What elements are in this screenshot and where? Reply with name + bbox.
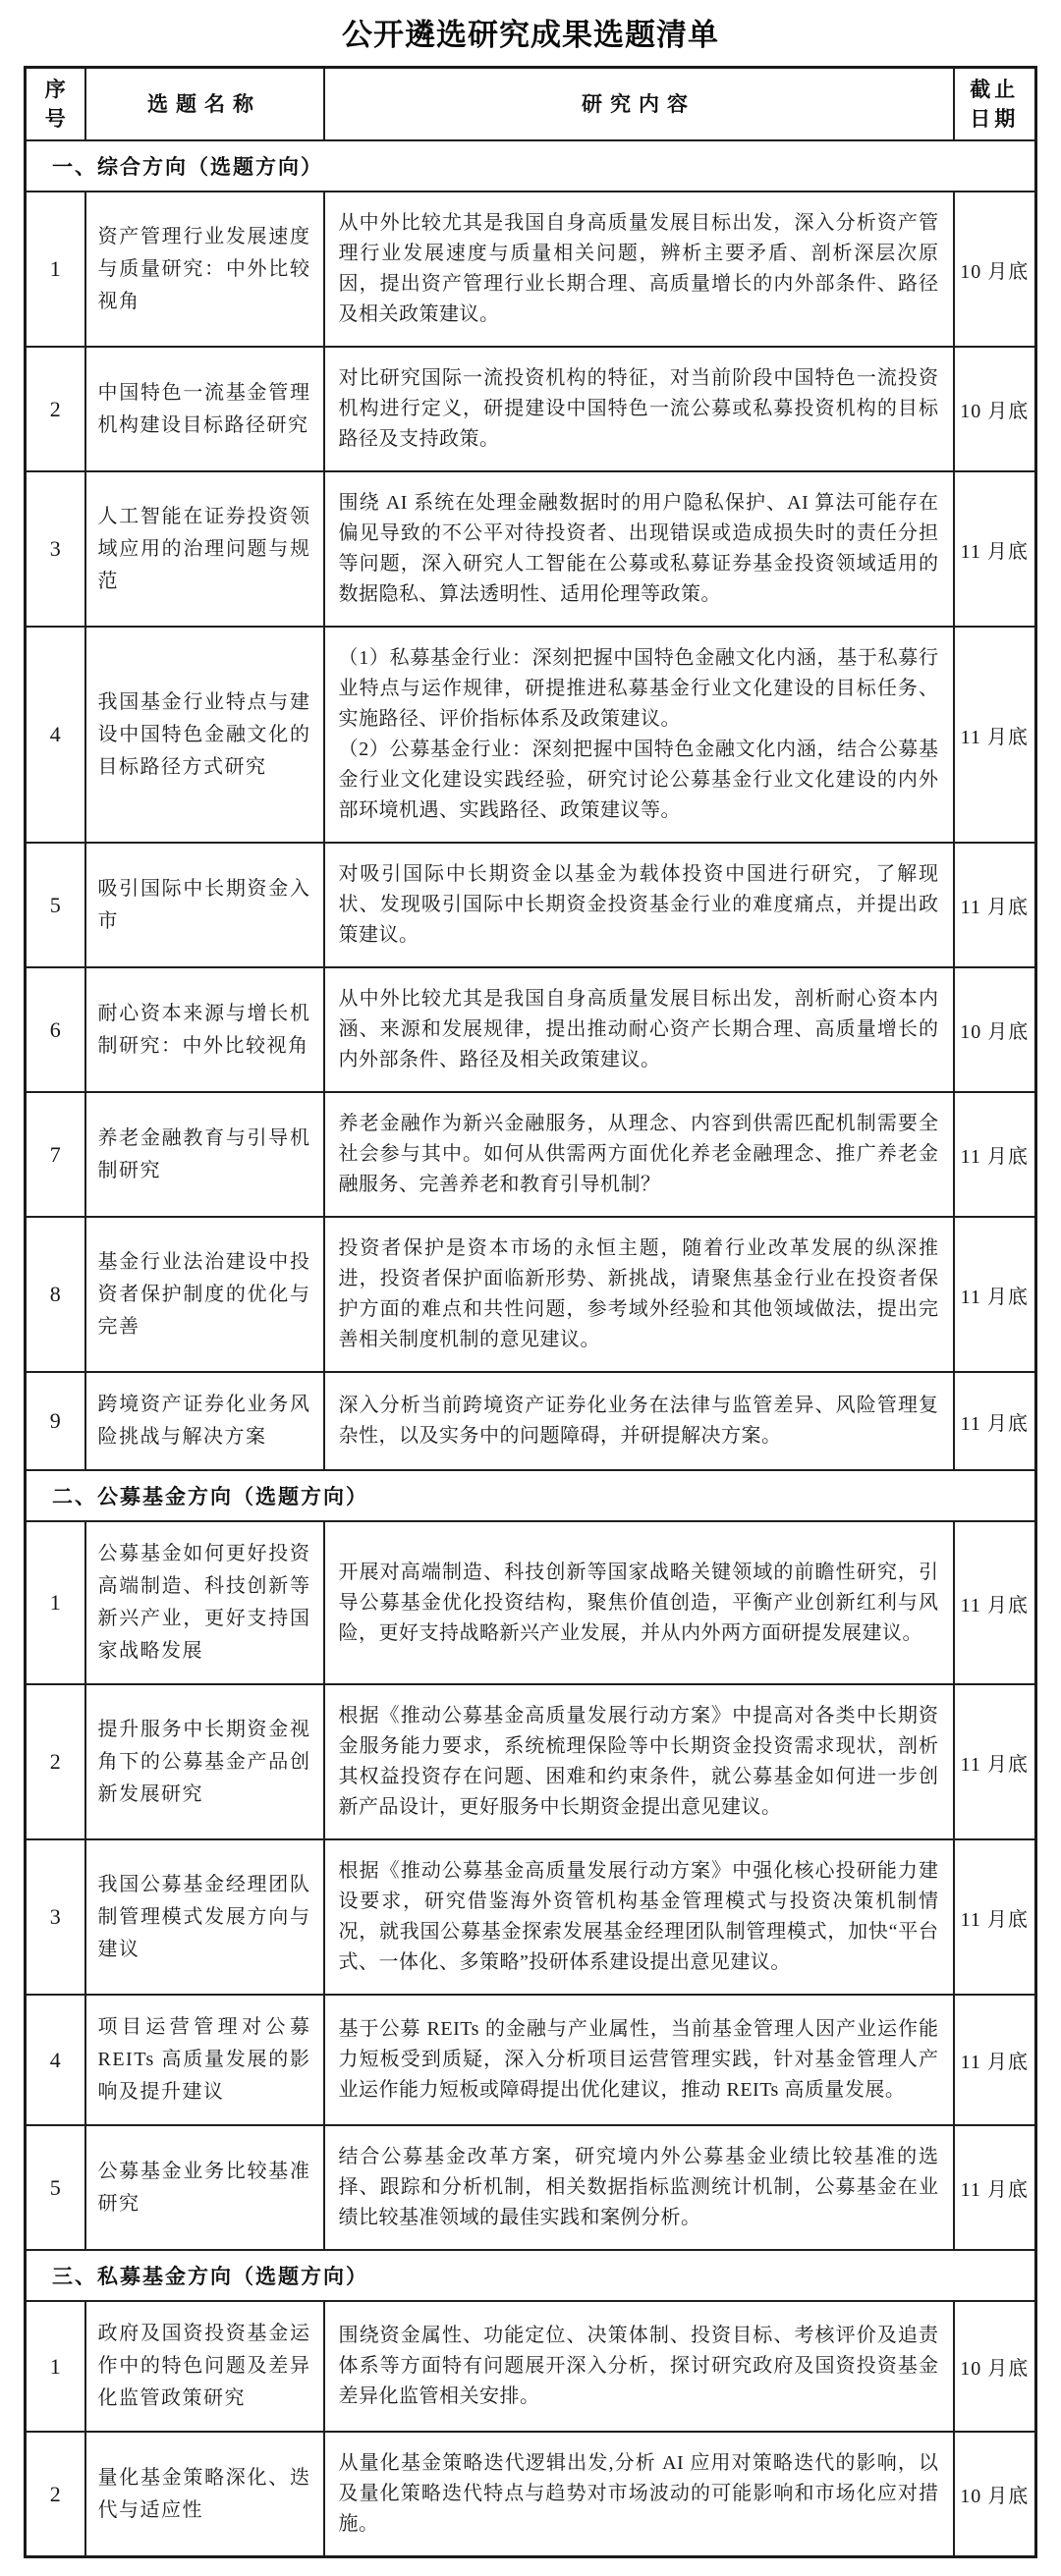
table-row: 4 我国基金行业特点与建设中国特色金融文化的目标路径方式研究 （1）私募基金行业… [26,627,1036,843]
deadline: 11 月底 [954,1521,1036,1684]
row-index: 8 [26,1217,85,1372]
research-content: 基于公募 REITs 的金融与产业属性，当前基金管理人因产业运作能力短板受到质疑… [324,1995,954,2125]
topic-name: 项目运营管理对公募 REITs 高质量发展的影响及提升建议 [85,1995,324,2125]
research-content: 围绕资金属性、功能定位、决策体制、投资目标、考核评价及追责体系等方面特有问题展开… [324,2301,954,2432]
topic-name: 耐心资本来源与增长机制研究：中外比较视角 [85,967,324,1092]
topic-name: 人工智能在证券投资领域应用的治理问题与规范 [85,471,324,627]
research-content: 对比研究国际一流投资机构的特征，对当前阶段中国特色一流投资机构进行定义，研提建设… [324,347,954,471]
table-row: 8 基金行业法治建设中投资者保护制度的优化与完善 投资者保护是资本市场的永恒主题… [26,1217,1036,1372]
section-title: 一、综合方向（选题方向） [26,140,1036,192]
deadline: 11 月底 [954,1217,1036,1372]
table-row: 4 项目运营管理对公募 REITs 高质量发展的影响及提升建议 基于公募 REI… [26,1995,1036,2125]
deadline: 10 月底 [954,2432,1036,2557]
deadline: 11 月底 [954,1092,1036,1217]
row-index: 1 [26,2301,85,2432]
research-content: 从量化基金策略迭代逻辑出发,分析 AI 应用对策略迭代的影响，以及量化策略迭代特… [324,2432,954,2557]
topic-name: 我国基金行业特点与建设中国特色金融文化的目标路径方式研究 [85,627,324,843]
row-index: 3 [26,471,85,627]
table-row: 3 人工智能在证券投资领域应用的治理问题与规范 围绕 AI 系统在处理金融数据时… [26,471,1036,627]
row-index: 4 [26,627,85,843]
table-row: 1 政府及国资投资基金运作中的特色问题及差异化监管政策研究 围绕资金属性、功能定… [26,2301,1036,2432]
topic-name: 政府及国资投资基金运作中的特色问题及差异化监管政策研究 [85,2301,324,2432]
deadline: 11 月底 [954,1839,1036,1995]
table-row: 3 我国公募基金经理团队制管理模式发展方向与建议 根据《推动公募基金高质量发展行… [26,1839,1036,1995]
column-header-index: 序号 [26,68,85,141]
deadline: 10 月底 [954,347,1036,471]
row-index: 2 [26,2432,85,2557]
table-row: 9 跨境资产证券化业务风险挑战与解决方案 深入分析当前跨境资产证券化业务在法律与… [26,1372,1036,1470]
row-index: 2 [26,347,85,471]
deadline: 11 月底 [954,627,1036,843]
table-row: 6 耐心资本来源与增长机制研究：中外比较视角 从中外比较尤其是我国自身高质量发展… [26,967,1036,1092]
research-content: 开展对高端制造、科技创新等国家战略关键领域的前瞻性研究，引导公募基金优化投资结构… [324,1521,954,1684]
research-content: 根据《推动公募基金高质量发展行动方案》中提高对各类中长期资金服务能力要求，系统梳… [324,1684,954,1839]
row-index: 1 [26,192,85,347]
deadline: 10 月底 [954,2301,1036,2432]
deadline: 10 月底 [954,192,1036,347]
deadline: 11 月底 [954,1372,1036,1470]
table-header-row: 序号 选题名称 研究内容 截止日期 [26,68,1036,141]
row-index: 2 [26,1684,85,1839]
deadline: 11 月底 [954,471,1036,627]
topic-name: 公募基金业务比较基准研究 [85,2125,324,2250]
table-body: 一、综合方向（选题方向） 1 资产管理行业发展速度与质量研究：中外比较视角 从中… [26,140,1036,2557]
topic-name: 养老金融教育与引导机制研究 [85,1092,324,1217]
section-header-row: 二、公募基金方向（选题方向） [26,1470,1036,1521]
column-header-topic-name: 选题名称 [85,68,324,141]
deadline: 10 月底 [954,967,1036,1092]
section-title: 二、公募基金方向（选题方向） [26,1470,1036,1521]
row-index: 5 [26,2125,85,2250]
research-content: 投资者保护是资本市场的永恒主题，随着行业改革发展的纵深推进，投资者保护面临新形势… [324,1217,954,1372]
row-index: 7 [26,1092,85,1217]
column-header-deadline: 截止日期 [954,68,1036,141]
topic-name: 吸引国际中长期资金入市 [85,843,324,967]
topic-name: 基金行业法治建设中投资者保护制度的优化与完善 [85,1217,324,1372]
row-index: 6 [26,967,85,1092]
topic-name: 跨境资产证券化业务风险挑战与解决方案 [85,1372,324,1470]
topic-name: 资产管理行业发展速度与质量研究：中外比较视角 [85,192,324,347]
table-row: 5 公募基金业务比较基准研究 结合公募基金改革方案，研究境内外公募基金业绩比较基… [26,2125,1036,2250]
research-content: 围绕 AI 系统在处理金融数据时的用户隐私保护、AI 算法可能存在偏见导致的不公… [324,471,954,627]
page-title: 公开遴选研究成果选题清单 [0,0,1061,66]
deadline: 11 月底 [954,1684,1036,1839]
deadline: 11 月底 [954,843,1036,967]
row-index: 9 [26,1372,85,1470]
table-row: 2 量化基金策略深化、迭代与适应性 从量化基金策略迭代逻辑出发,分析 AI 应用… [26,2432,1036,2557]
table-row: 2 提升服务中长期资金视角下的公募基金产品创新发展研究 根据《推动公募基金高质量… [26,1684,1036,1839]
research-content: （1）私募基金行业：深刻把握中国特色金融文化内涵，基于私募行业特点与运作规律，研… [324,627,954,843]
table-row: 5 吸引国际中长期资金入市 对吸引国际中长期资金以基金为载体投资中国进行研究，了… [26,843,1036,967]
table-row: 1 公募基金如何更好投资高端制造、科技创新等新兴产业，更好支持国家战略发展 开展… [26,1521,1036,1684]
deadline: 11 月底 [954,2125,1036,2250]
section-header-row: 一、综合方向（选题方向） [26,140,1036,192]
topic-name: 公募基金如何更好投资高端制造、科技创新等新兴产业，更好支持国家战略发展 [85,1521,324,1684]
document-page: 公开遴选研究成果选题清单 序号 选题名称 研究内容 截止日期 一、综合方向（选题… [0,0,1061,2576]
research-content: 结合公募基金改革方案，研究境内外公募基金业绩比较基准的选择、跟踪和分析机制，相关… [324,2125,954,2250]
topic-name: 量化基金策略深化、迭代与适应性 [85,2432,324,2557]
research-content: 对吸引国际中长期资金以基金为载体投资中国进行研究，了解现状、发现吸引国际中长期资… [324,843,954,967]
section-title: 三、私募基金方向（选题方向） [26,2250,1036,2301]
table-row: 1 资产管理行业发展速度与质量研究：中外比较视角 从中外比较尤其是我国自身高质量… [26,192,1036,347]
topics-table: 序号 选题名称 研究内容 截止日期 一、综合方向（选题方向） 1 资产管理行业发… [24,66,1037,2558]
row-index: 4 [26,1995,85,2125]
table-row: 7 养老金融教育与引导机制研究 养老金融作为新兴金融服务，从理念、内容到供需匹配… [26,1092,1036,1217]
topic-name: 我国公募基金经理团队制管理模式发展方向与建议 [85,1839,324,1995]
research-content: 从中外比较尤其是我国自身高质量发展目标出发，深入分析资产管理行业发展速度与质量相… [324,192,954,347]
topic-name: 中国特色一流基金管理机构建设目标路径研究 [85,347,324,471]
topic-name: 提升服务中长期资金视角下的公募基金产品创新发展研究 [85,1684,324,1839]
research-content: 根据《推动公募基金高质量发展行动方案》中强化核心投研能力建设要求，研究借鉴海外资… [324,1839,954,1995]
row-index: 5 [26,843,85,967]
research-content: 养老金融作为新兴金融服务，从理念、内容到供需匹配机制需要全社会参与其中。如何从供… [324,1092,954,1217]
row-index: 1 [26,1521,85,1684]
research-content: 从中外比较尤其是我国自身高质量发展目标出发，剖析耐心资本内涵、来源和发展规律，提… [324,967,954,1092]
section-header-row: 三、私募基金方向（选题方向） [26,2250,1036,2301]
column-header-research-content: 研究内容 [324,68,954,141]
deadline: 11 月底 [954,1995,1036,2125]
research-content: 深入分析当前跨境资产证券化业务在法律与监管差异、风险管理复杂性，以及实务中的问题… [324,1372,954,1470]
table-row: 2 中国特色一流基金管理机构建设目标路径研究 对比研究国际一流投资机构的特征，对… [26,347,1036,471]
row-index: 3 [26,1839,85,1995]
